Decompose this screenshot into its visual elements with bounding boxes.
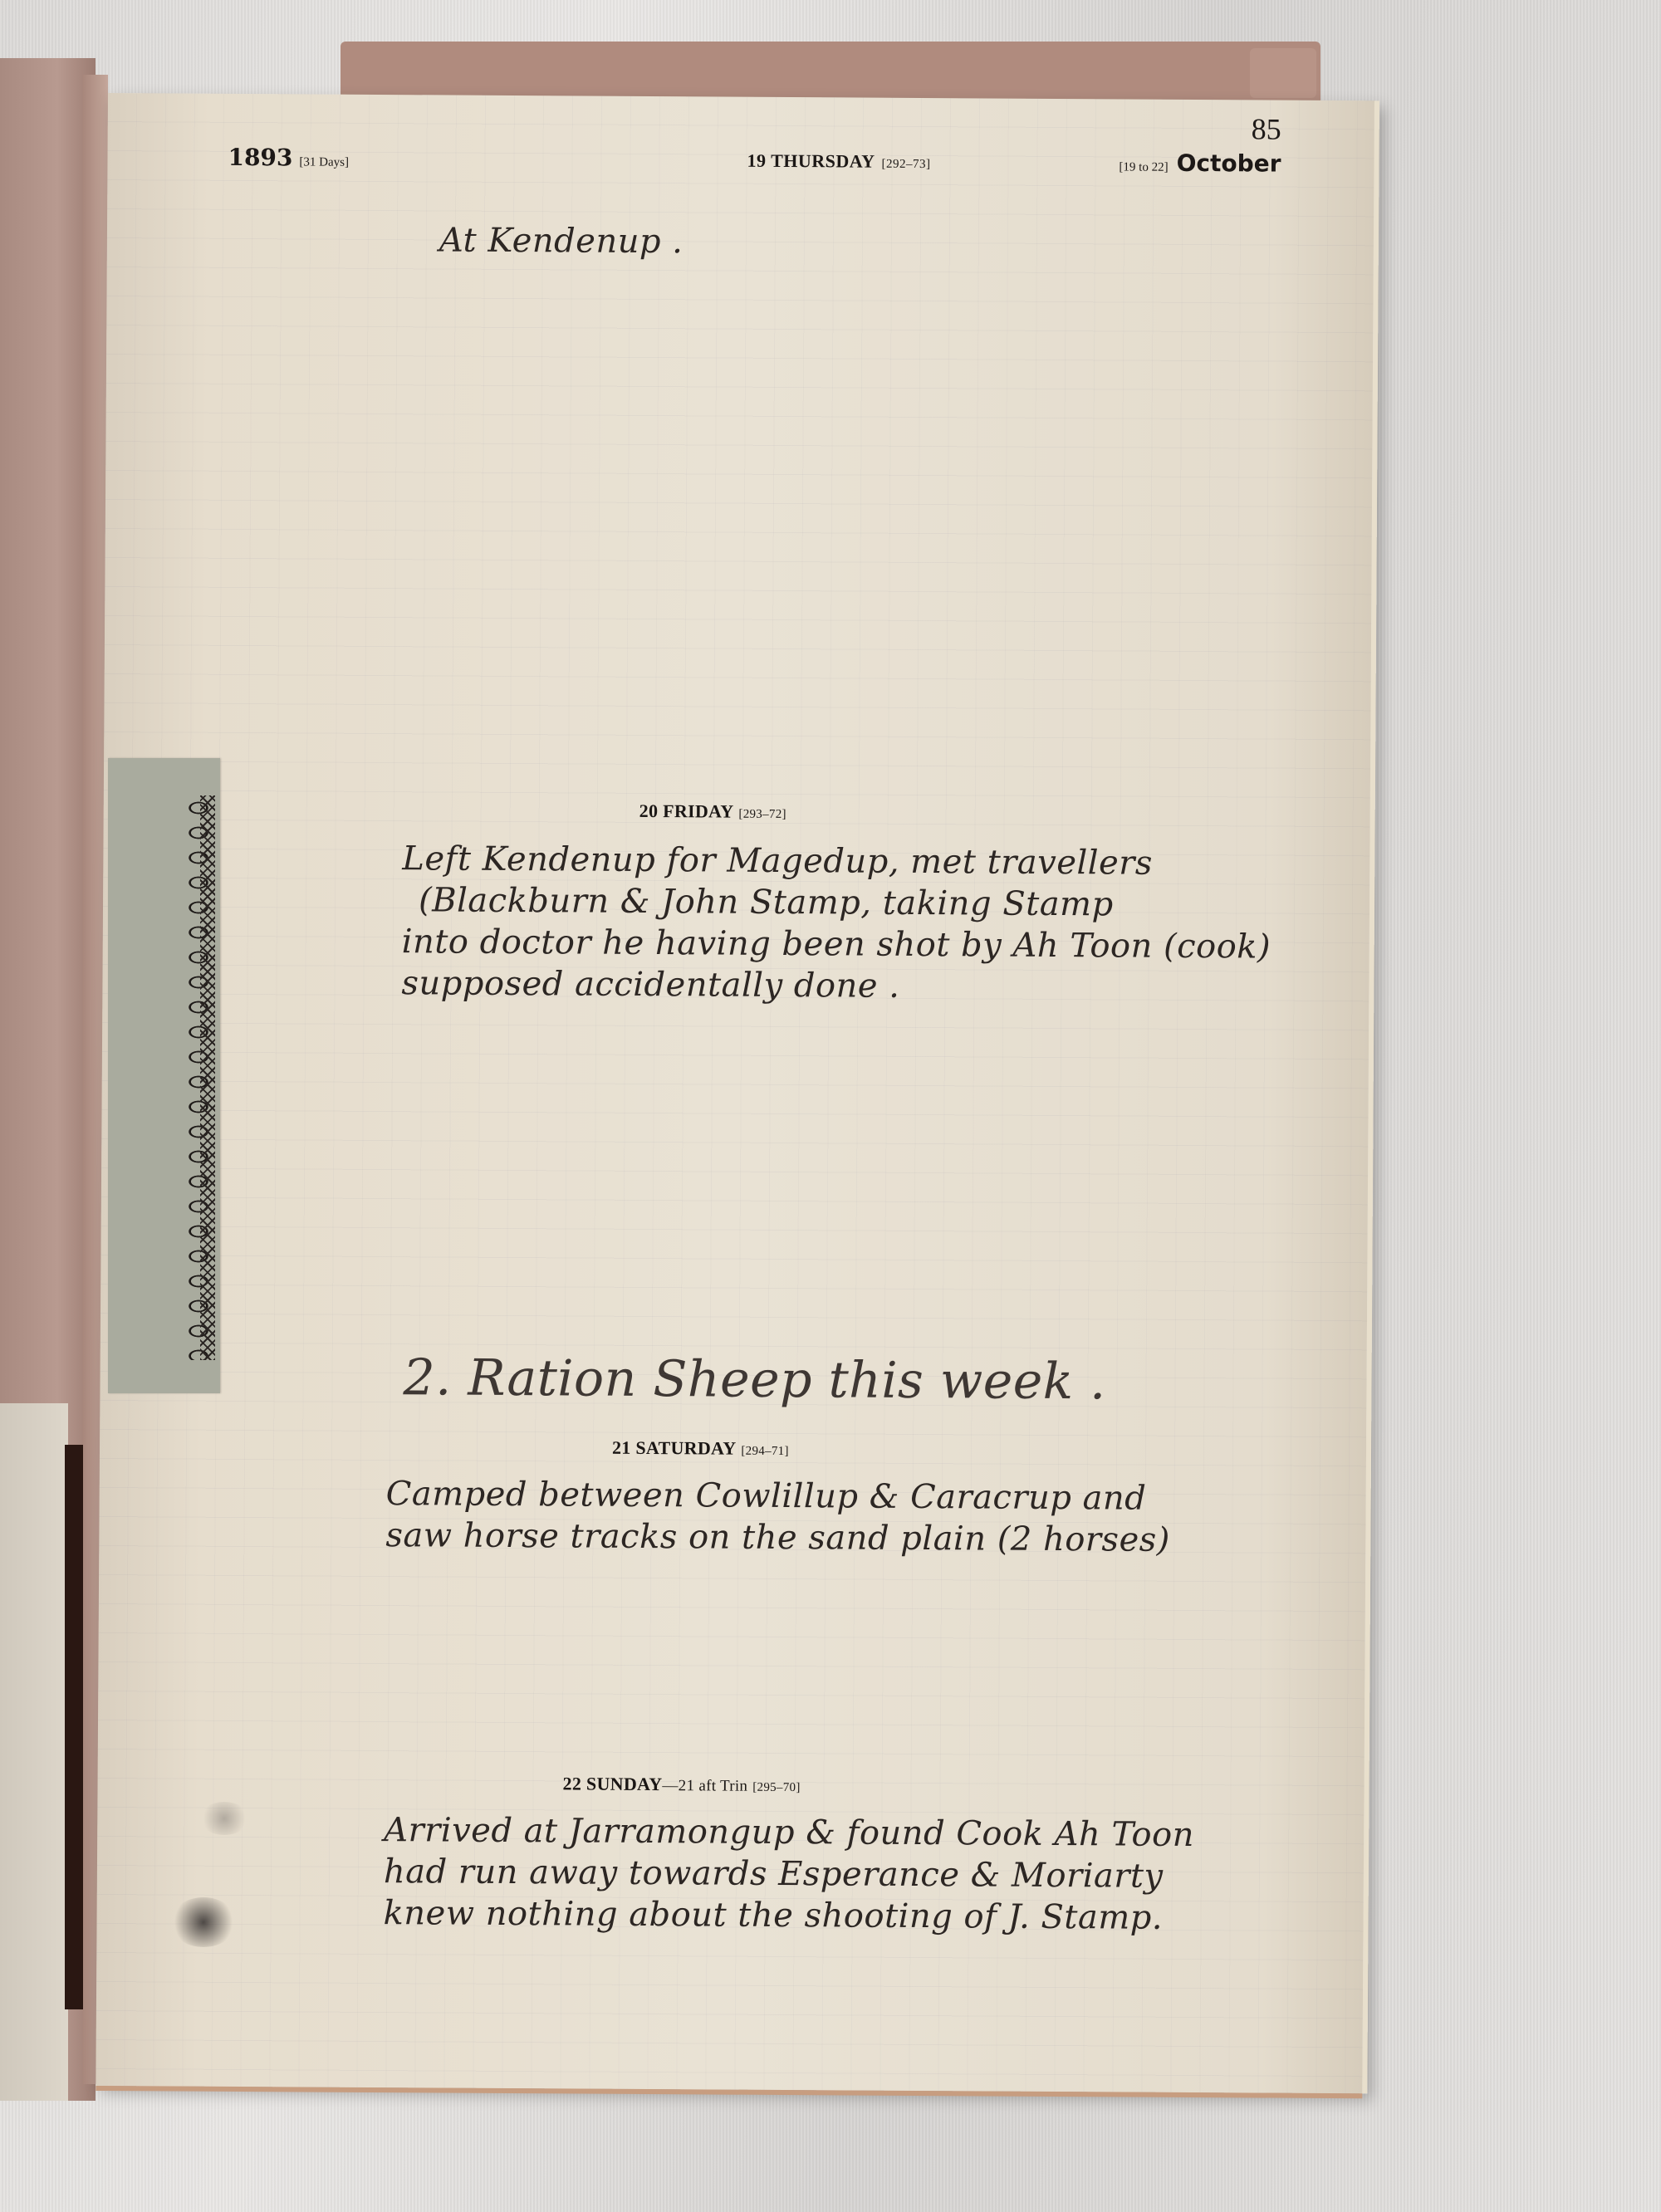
- day-suffix: —21 aft Trin: [662, 1777, 747, 1795]
- left-facing-page: [0, 1403, 68, 2101]
- ration-note: 2. Ration Sheep this week .: [403, 1348, 1106, 1411]
- day-label-text: 21 SATURDAY: [612, 1437, 737, 1459]
- entry-line: Camped between Cowlillup & Caracrup and: [386, 1473, 1171, 1520]
- header-day-bracket: [292–73]: [881, 158, 930, 171]
- entry-line: saw horse tracks on the sand plain (2 ho…: [385, 1515, 1170, 1561]
- month-days: [31 Days]: [299, 155, 349, 169]
- header-month: [19 to 22]October: [1112, 149, 1281, 177]
- day-bracket: [294–71]: [741, 1445, 788, 1458]
- page-edge: [96, 2086, 1362, 2098]
- ink-smudge: [199, 1802, 249, 1835]
- entry-line: knew nothing about the shooting of J. St…: [383, 1892, 1193, 1939]
- header-day: 19 THURSDAY[292–73]: [747, 150, 930, 173]
- entry-saturday: Camped between Cowlillup & Caracrup and …: [385, 1473, 1170, 1561]
- note-text: 2. Ration Sheep this week .: [403, 1348, 1106, 1411]
- day-label-text: 22 SUNDAY: [562, 1773, 662, 1794]
- guilloche-border-icon: [174, 795, 215, 1360]
- day-bracket: [295–70]: [752, 1781, 800, 1794]
- entry-sunday: Arrived at Jarramongup & found Cook Ah T…: [383, 1809, 1194, 1939]
- entry-thursday: At Kendenup .: [439, 219, 684, 262]
- day-label-friday: 20 FRIDAY[293–72]: [639, 800, 786, 823]
- diary-page: 85 1893[31 Days] 19 THURSDAY[292–73] [19…: [96, 93, 1379, 2093]
- printed-header: 1893[31 Days] 19 THURSDAY[292–73] [19 to…: [228, 144, 1281, 184]
- back-cover-tab: [1250, 48, 1316, 98]
- month-text: October: [1177, 149, 1281, 178]
- entry-line: had run away towards Esperance & Moriart…: [384, 1851, 1194, 1897]
- entry-line: supposed accidentally done .: [401, 962, 1271, 1009]
- day-bracket: [293–72]: [738, 808, 786, 821]
- header-year: 1893[31 Days]: [228, 144, 349, 172]
- page-number: 85: [1252, 111, 1281, 146]
- header-day-text: 19 THURSDAY: [747, 150, 875, 172]
- entry-line: Left Kendenup for Magedup, met traveller…: [402, 838, 1271, 884]
- ink-blot: [170, 1897, 237, 1947]
- entry-line: At Kendenup .: [439, 219, 684, 262]
- entry-line: Arrived at Jarramongup & found Cook Ah T…: [384, 1809, 1194, 1856]
- day-label-text: 20 FRIDAY: [639, 800, 734, 822]
- entry-friday: Left Kendenup for Magedup, met traveller…: [401, 838, 1271, 1009]
- entry-line: into doctor he having been shot by Ah To…: [402, 921, 1271, 967]
- ornamental-tab: [108, 758, 220, 1393]
- date-range: [19 to 22]: [1119, 160, 1168, 174]
- year-text: 1893: [228, 144, 292, 171]
- day-label-sunday: 22 SUNDAY—21 aft Trin[295–70]: [562, 1773, 800, 1796]
- day-label-saturday: 21 SATURDAY[294–71]: [612, 1437, 789, 1460]
- entry-line: (Blackburn & John Stamp, taking Stamp: [419, 879, 1271, 926]
